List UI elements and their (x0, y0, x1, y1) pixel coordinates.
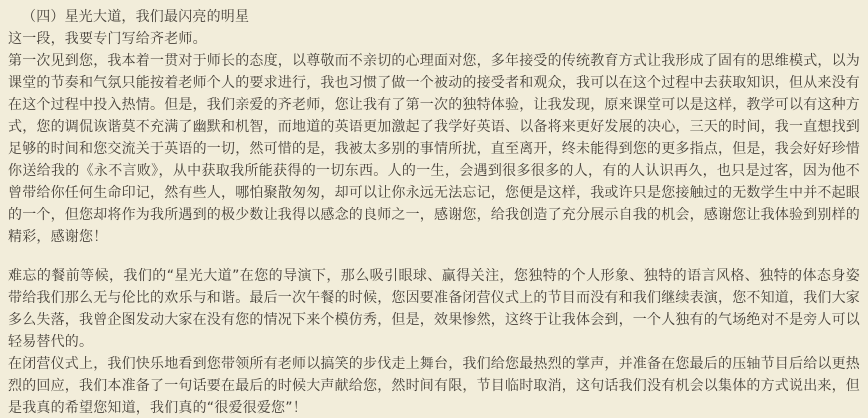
paragraph-closing-ceremony: 在闭营仪式上，我们快乐地看到您带领所有老师以搞笑的步伐走上舞台，我们给您最热烈的… (8, 353, 860, 418)
section-heading: （四）星光大道，我们最闪亮的明星 (8, 6, 860, 28)
paragraph-star-avenue: 难忘的餐前等候，我们的“星光大道”在您的导演下，那么吸引眼球、赢得关注，您独特的… (8, 265, 860, 353)
paragraph-intro: 这一段，我要专门写给齐老师。 (8, 28, 860, 50)
document-page: （四）星光大道，我们最闪亮的明星 这一段，我要专门写给齐老师。 第一次见到您，我… (0, 0, 868, 418)
paragraph-first-meeting: 第一次见到您，我本着一贯对于师长的态度，以尊敬而不亲切的心理面对您，多年接受的传… (8, 50, 860, 248)
